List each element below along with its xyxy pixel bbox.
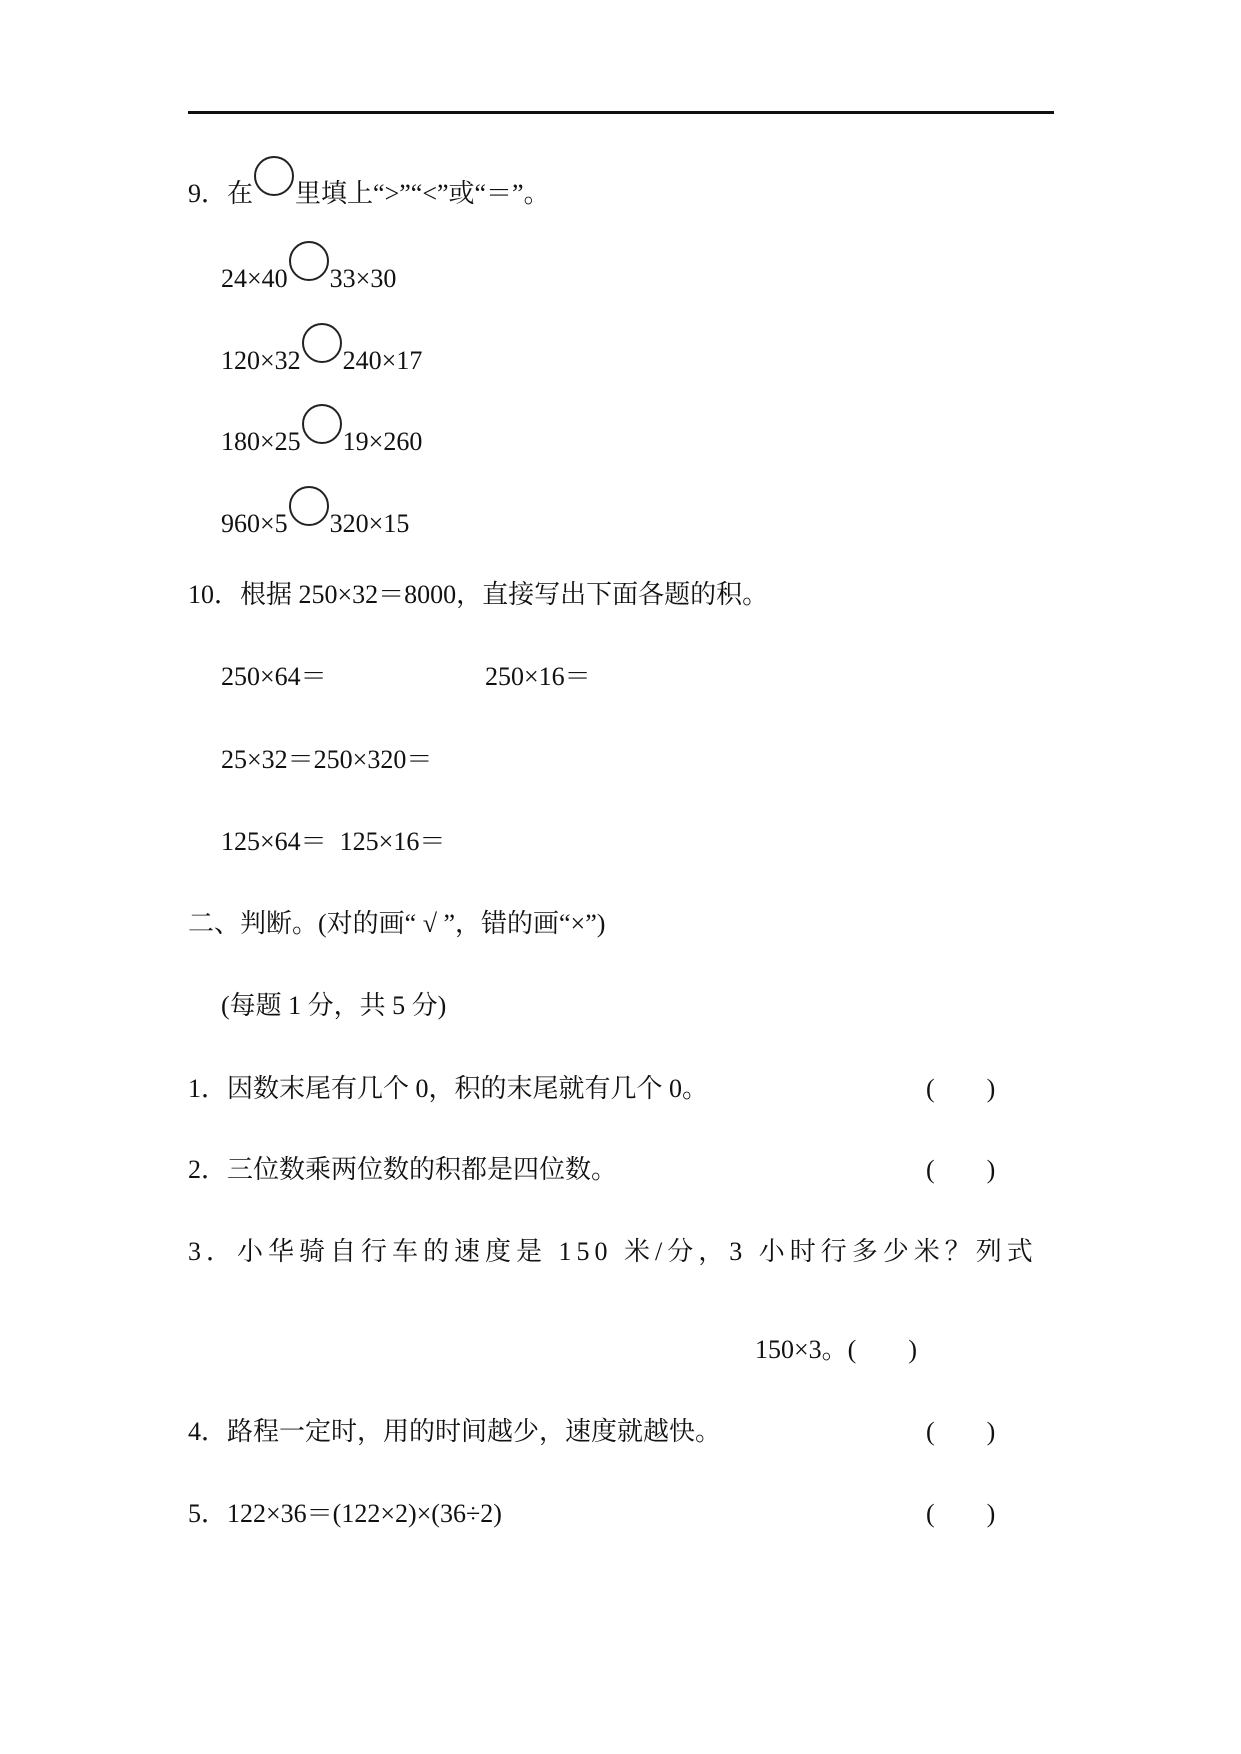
q9-item-1: 24×4033×30 [221, 251, 396, 294]
q9-item-left: 24×40 [221, 264, 288, 293]
q9-pre: 在 [227, 179, 253, 208]
section2-title: 二、判断。(对的画“ √ ”，错的画“×”) [188, 909, 605, 939]
q9-item-right: 19×260 [343, 427, 423, 456]
answer-paren-2[interactable]: ( ) [926, 1155, 995, 1185]
header-rule [188, 111, 1054, 114]
compare-circle-blank[interactable] [302, 404, 342, 444]
q9-item-3: 180×2519×260 [221, 414, 422, 457]
judge-item-4: 4．路程一定时，用的时间越少，速度就越快。 [188, 1417, 721, 1447]
q9-item-2: 120×32240×17 [221, 333, 422, 376]
q9-post: 里填上“>”“<”或“＝”。 [295, 179, 550, 208]
judge-item-3-cont[interactable]: 150×3。( ) [755, 1335, 917, 1365]
judge-item-1: 1．因数末尾有几个 0，积的末尾就有几个 0。 [188, 1074, 708, 1104]
judge-item-3: 3．小华骑自行车的速度是 150 米/分，3 小时行多少米？列式 [188, 1237, 1038, 1267]
q10-row1-b: 250×16＝ [485, 662, 591, 692]
circle-icon [254, 156, 294, 196]
q10-row2: 25×32＝250×320＝ [221, 745, 432, 775]
q10-title: 10．根据 250×32＝8000，直接写出下面各题的积。 [188, 580, 768, 610]
q9-item-left: 180×25 [221, 427, 301, 456]
answer-paren-5[interactable]: ( ) [926, 1499, 995, 1529]
answer-paren-4[interactable]: ( ) [926, 1417, 995, 1447]
judge-item-2: 2．三位数乘两位数的积都是四位数。 [188, 1155, 617, 1185]
q9-item-right: 320×15 [330, 509, 410, 538]
q9-item-left: 960×5 [221, 509, 288, 538]
section2-subtitle: (每题 1 分，共 5 分) [221, 991, 446, 1021]
q10-row1-a: 250×64＝ [221, 662, 327, 692]
compare-circle-blank[interactable] [289, 241, 329, 281]
compare-circle-blank[interactable] [289, 486, 329, 526]
q9-item-right: 240×17 [343, 346, 423, 375]
answer-paren-1[interactable]: ( ) [926, 1074, 995, 1104]
q9-item-right: 33×30 [330, 264, 397, 293]
q9-item-left: 120×32 [221, 346, 301, 375]
q9-item-4: 960×5320×15 [221, 496, 409, 539]
q10-row3: 125×64＝ 125×16＝ [221, 827, 445, 857]
q9-number: 9． [188, 179, 227, 208]
judge-item-5: 5．122×36＝(122×2)×(36÷2) [188, 1499, 502, 1529]
compare-circle-blank[interactable] [302, 323, 342, 363]
q9-title: 9．在里填上“>”“<”或“＝”。 [188, 166, 550, 209]
